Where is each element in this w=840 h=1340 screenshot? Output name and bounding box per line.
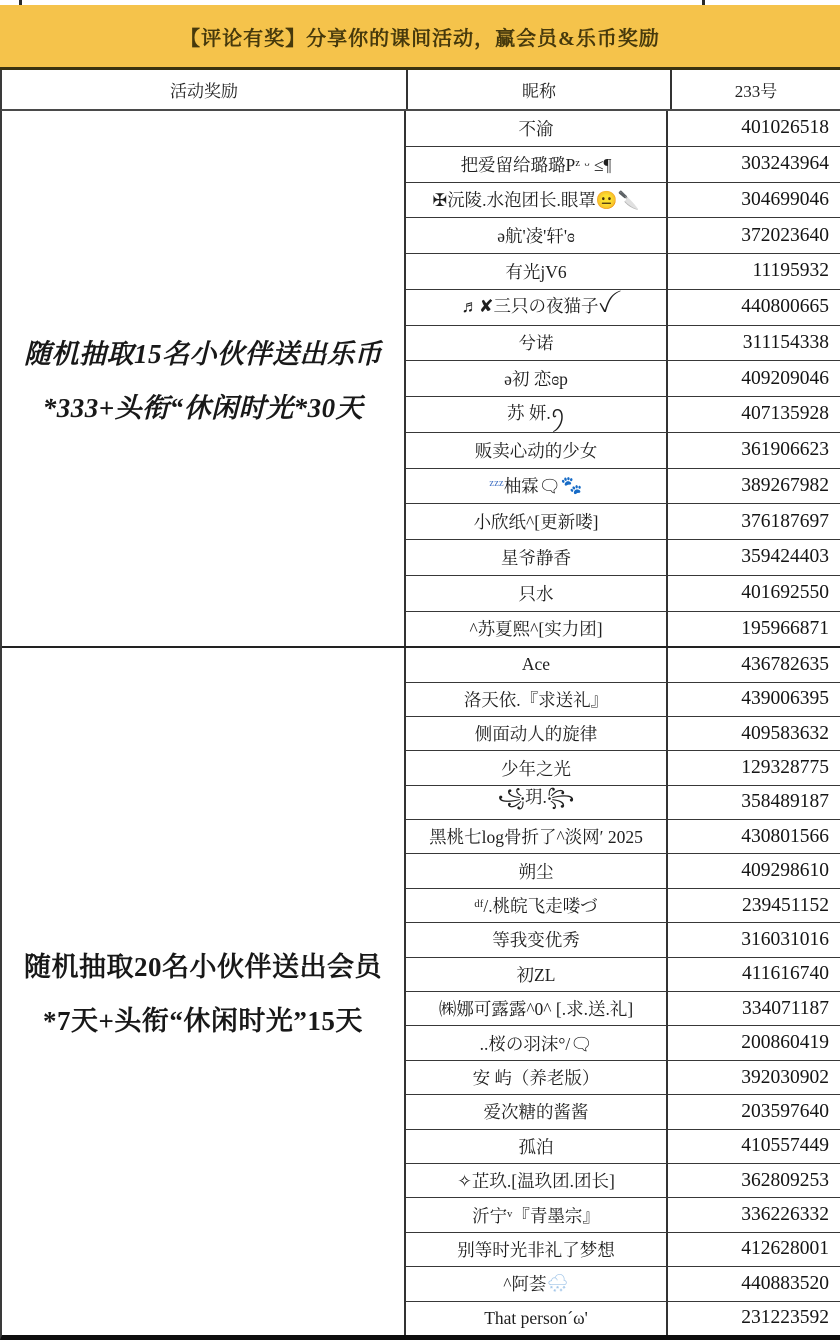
table-row: 侧面动人的旋律409583632 — [406, 716, 840, 750]
id-cell: 409298610 — [668, 854, 840, 887]
table-row: ꧁玥.꧂358489187 — [406, 785, 840, 819]
nickname-cell: ♬✘三只の夜猫子ꪜ — [406, 290, 668, 325]
nickname-cell: 黑桃七log骨折了^淡网′ 2025 — [406, 820, 668, 853]
nickname-segment: 🌨 — [547, 1273, 569, 1294]
table-row: That person´ω'231223592 — [406, 1301, 840, 1335]
table-row: 爱次糖的酱酱203597640 — [406, 1094, 840, 1128]
table-row: ^阿荟🌨440883520 — [406, 1266, 840, 1300]
id-cell: 392030902 — [668, 1061, 840, 1094]
nickname-cell: 不渝 — [406, 111, 668, 146]
nickname-cell: 沂宁ᵛ『青墨宗』 — [406, 1198, 668, 1231]
table-row: ә初 恋ɞp409209046 — [406, 360, 840, 396]
table-row: 有光jV611195932 — [406, 253, 840, 289]
id-cell: 407135928 — [668, 397, 840, 432]
id-cell: 304699046 — [668, 183, 840, 218]
table-row: 贩卖心动的少女361906623 — [406, 432, 840, 468]
table-row: 沂宁ᵛ『青墨宗』336226332 — [406, 1197, 840, 1231]
id-cell: 376187697 — [668, 504, 840, 539]
nickname-cell: That person´ω' — [406, 1302, 668, 1335]
crop-artifact-mark — [19, 0, 22, 5]
nickname-cell: 苏 妍.ꪆ — [406, 397, 668, 432]
crop-artifact-mark — [702, 0, 705, 5]
table-row: 初ZL411616740 — [406, 957, 840, 991]
id-cell: 372023640 — [668, 218, 840, 253]
table-row: ^苏夏熙^[实力团]195966871 — [406, 611, 840, 647]
table-row: ..桜の羽沫°/🗨200860419 — [406, 1025, 840, 1059]
id-cell: 200860419 — [668, 1026, 840, 1059]
id-cell: 358489187 — [668, 786, 840, 819]
table-row: 苏 妍.ꪆ407135928 — [406, 396, 840, 432]
nickname-cell: 别等时光非礼了梦想 — [406, 1233, 668, 1266]
nickname-cell: 少年之光 — [406, 751, 668, 784]
table-row: ✧芷玖.[温玖团.团长]362809253 — [406, 1163, 840, 1197]
table-row: 把爱留给璐璐Pᶻ ᵕ ≤¶303243964 — [406, 146, 840, 182]
id-cell: 334071187 — [668, 992, 840, 1025]
id-cell: 439006395 — [668, 683, 840, 716]
table-row: 别等时光非礼了梦想412628001 — [406, 1232, 840, 1266]
nickname-cell: ә航'凌'轩'ɞ — [406, 218, 668, 253]
nickname-cell: ^阿荟🌨 — [406, 1267, 668, 1300]
nickname-cell: Ace — [406, 648, 668, 681]
table-row: 黑桃七log骨折了^淡网′ 2025430801566 — [406, 819, 840, 853]
nickname-segment: ᶻᶻᶻ — [489, 475, 503, 496]
table-row: ә航'凌'轩'ɞ372023640 — [406, 217, 840, 253]
nickname-cell: 初ZL — [406, 958, 668, 991]
id-cell: 401692550 — [668, 576, 840, 611]
event-title: 【评论有奖】分享你的课间活动，赢会员&乐币奖励 — [180, 22, 660, 51]
id-cell: 129328775 — [668, 751, 840, 784]
table-row: 兮诺311154338 — [406, 325, 840, 361]
table-row: ㈱娜可露露^0^ [.求.送.礼]334071187 — [406, 991, 840, 1025]
id-cell: 409583632 — [668, 717, 840, 750]
prize-description-line: *333+头衔“休闲时光*30天 — [43, 386, 363, 425]
nickname-cell: 星爷静香 — [406, 540, 668, 575]
top-crop-strip — [0, 0, 840, 5]
table-row: Ace436782635 — [406, 648, 840, 681]
nickname-cell: ꧁玥.꧂ — [406, 786, 668, 819]
nickname-cell: 洛天依.『求送礼』 — [406, 683, 668, 716]
table-row: 朔尘409298610 — [406, 853, 840, 887]
id-cell: 195966871 — [668, 612, 840, 647]
nickname-cell: 只水 — [406, 576, 668, 611]
table-row: ᶻᶻᶻ柚霖🗨🐾389267982 — [406, 468, 840, 504]
id-cell: 336226332 — [668, 1198, 840, 1231]
id-cell: 410557449 — [668, 1130, 840, 1163]
table-row: 只水401692550 — [406, 575, 840, 611]
announcement-table-page: 【评论有奖】分享你的课间活动，赢会员&乐币奖励 活动奖励 昵称 233号 随机抽… — [0, 0, 840, 1340]
id-cell: 401026518 — [668, 111, 840, 146]
id-cell: 361906623 — [668, 433, 840, 468]
prize-description-cell: 随机抽取15名小伙伴送出乐币*333+头衔“休闲时光*30天 — [2, 111, 406, 646]
winner-rows: Ace436782635洛天依.『求送礼』439006395侧面动人的旋律409… — [406, 648, 840, 1335]
id-cell: 316031016 — [668, 923, 840, 956]
id-cell: 231223592 — [668, 1302, 840, 1335]
id-cell: 303243964 — [668, 147, 840, 182]
id-cell: 440883520 — [668, 1267, 840, 1300]
nickname-cell: 等我变优秀 — [406, 923, 668, 956]
id-cell: 411616740 — [668, 958, 840, 991]
nickname-cell: 兮诺 — [406, 326, 668, 361]
table-row: ✠沅陵.水泡团长.眼罩😐🔪304699046 — [406, 182, 840, 218]
id-cell: 359424403 — [668, 540, 840, 575]
header-activity-reward: 活动奖励 — [2, 70, 408, 109]
prize-description-line: 随机抽取20名小伙伴送出会员 — [24, 945, 382, 984]
table-body: 随机抽取15名小伙伴送出乐币*333+头衔“休闲时光*30天不渝40102651… — [0, 111, 840, 1340]
nickname-cell: ✠沅陵.水泡团长.眼罩😐🔪 — [406, 183, 668, 218]
table-header-row: 活动奖励 昵称 233号 — [0, 70, 840, 111]
table-row: 少年之光129328775 — [406, 750, 840, 784]
header-nickname: 昵称 — [408, 70, 672, 109]
table-row: ♬✘三只の夜猫子ꪜ440800665 — [406, 289, 840, 325]
nickname-cell: 爱次糖的酱酱 — [406, 1095, 668, 1128]
nickname-cell: ᵈᶠ/.桃皖飞走喽づ — [406, 889, 668, 922]
prize-description-cell: 随机抽取20名小伙伴送出会员*7天+头衔“休闲时光”15天 — [2, 648, 406, 1335]
nickname-segment: 柚霖🗨 — [504, 473, 561, 498]
table-row: 洛天依.『求送礼』439006395 — [406, 682, 840, 716]
nickname-cell: 有光jV6 — [406, 254, 668, 289]
id-cell: 203597640 — [668, 1095, 840, 1128]
nickname-cell: 把爱留给璐璐Pᶻ ᵕ ≤¶ — [406, 147, 668, 182]
nickname-cell: 朔尘 — [406, 854, 668, 887]
nickname-cell: 小欣纸^[更新喽] — [406, 504, 668, 539]
id-cell: 311154338 — [668, 326, 840, 361]
nickname-segment: ^阿荟 — [503, 1271, 546, 1296]
prize-description-line: 随机抽取15名小伙伴送出乐币 — [24, 332, 382, 371]
nickname-cell: 安 屿（养老版） — [406, 1061, 668, 1094]
id-cell: 412628001 — [668, 1233, 840, 1266]
id-cell: 409209046 — [668, 361, 840, 396]
header-233-id: 233号 — [672, 70, 840, 109]
nickname-cell: 孤泊 — [406, 1130, 668, 1163]
id-cell: 430801566 — [668, 820, 840, 853]
id-cell: 239451152 — [668, 889, 840, 922]
nickname-cell: 侧面动人的旋律 — [406, 717, 668, 750]
table-row: 小欣纸^[更新喽]376187697 — [406, 503, 840, 539]
nickname-segment: 🐾 — [561, 475, 583, 496]
table-row: 安 屿（养老版）392030902 — [406, 1060, 840, 1094]
table-row: 不渝401026518 — [406, 111, 840, 146]
table-row: 等我变优秀316031016 — [406, 922, 840, 956]
prize-group-2: 随机抽取20名小伙伴送出会员*7天+头衔“休闲时光”15天Ace43678263… — [2, 646, 840, 1335]
nickname-cell: ᶻᶻᶻ柚霖🗨🐾 — [406, 469, 668, 504]
nickname-cell: ^苏夏熙^[实力团] — [406, 612, 668, 647]
table-row: ᵈᶠ/.桃皖飞走喽づ239451152 — [406, 888, 840, 922]
prize-description-line: *7天+头衔“休闲时光”15天 — [43, 999, 363, 1038]
id-cell: 436782635 — [668, 648, 840, 681]
table-row: 星爷静香359424403 — [406, 539, 840, 575]
winner-rows: 不渝401026518把爱留给璐璐Pᶻ ᵕ ≤¶303243964✠沅陵.水泡团… — [406, 111, 840, 646]
nickname-cell: ..桜の羽沫°/🗨 — [406, 1026, 668, 1059]
nickname-cell: ㈱娜可露露^0^ [.求.送.礼] — [406, 992, 668, 1025]
id-cell: 11195932 — [668, 254, 840, 289]
nickname-cell: ә初 恋ɞp — [406, 361, 668, 396]
prize-group-1: 随机抽取15名小伙伴送出乐币*333+头衔“休闲时光*30天不渝40102651… — [2, 111, 840, 646]
nickname-cell: 贩卖心动的少女 — [406, 433, 668, 468]
id-cell: 389267982 — [668, 469, 840, 504]
id-cell: 440800665 — [668, 290, 840, 325]
table-row: 孤泊410557449 — [406, 1129, 840, 1163]
nickname-cell: ✧芷玖.[温玖团.团长] — [406, 1164, 668, 1197]
event-banner: 【评论有奖】分享你的课间活动，赢会员&乐币奖励 — [0, 5, 840, 70]
id-cell: 362809253 — [668, 1164, 840, 1197]
